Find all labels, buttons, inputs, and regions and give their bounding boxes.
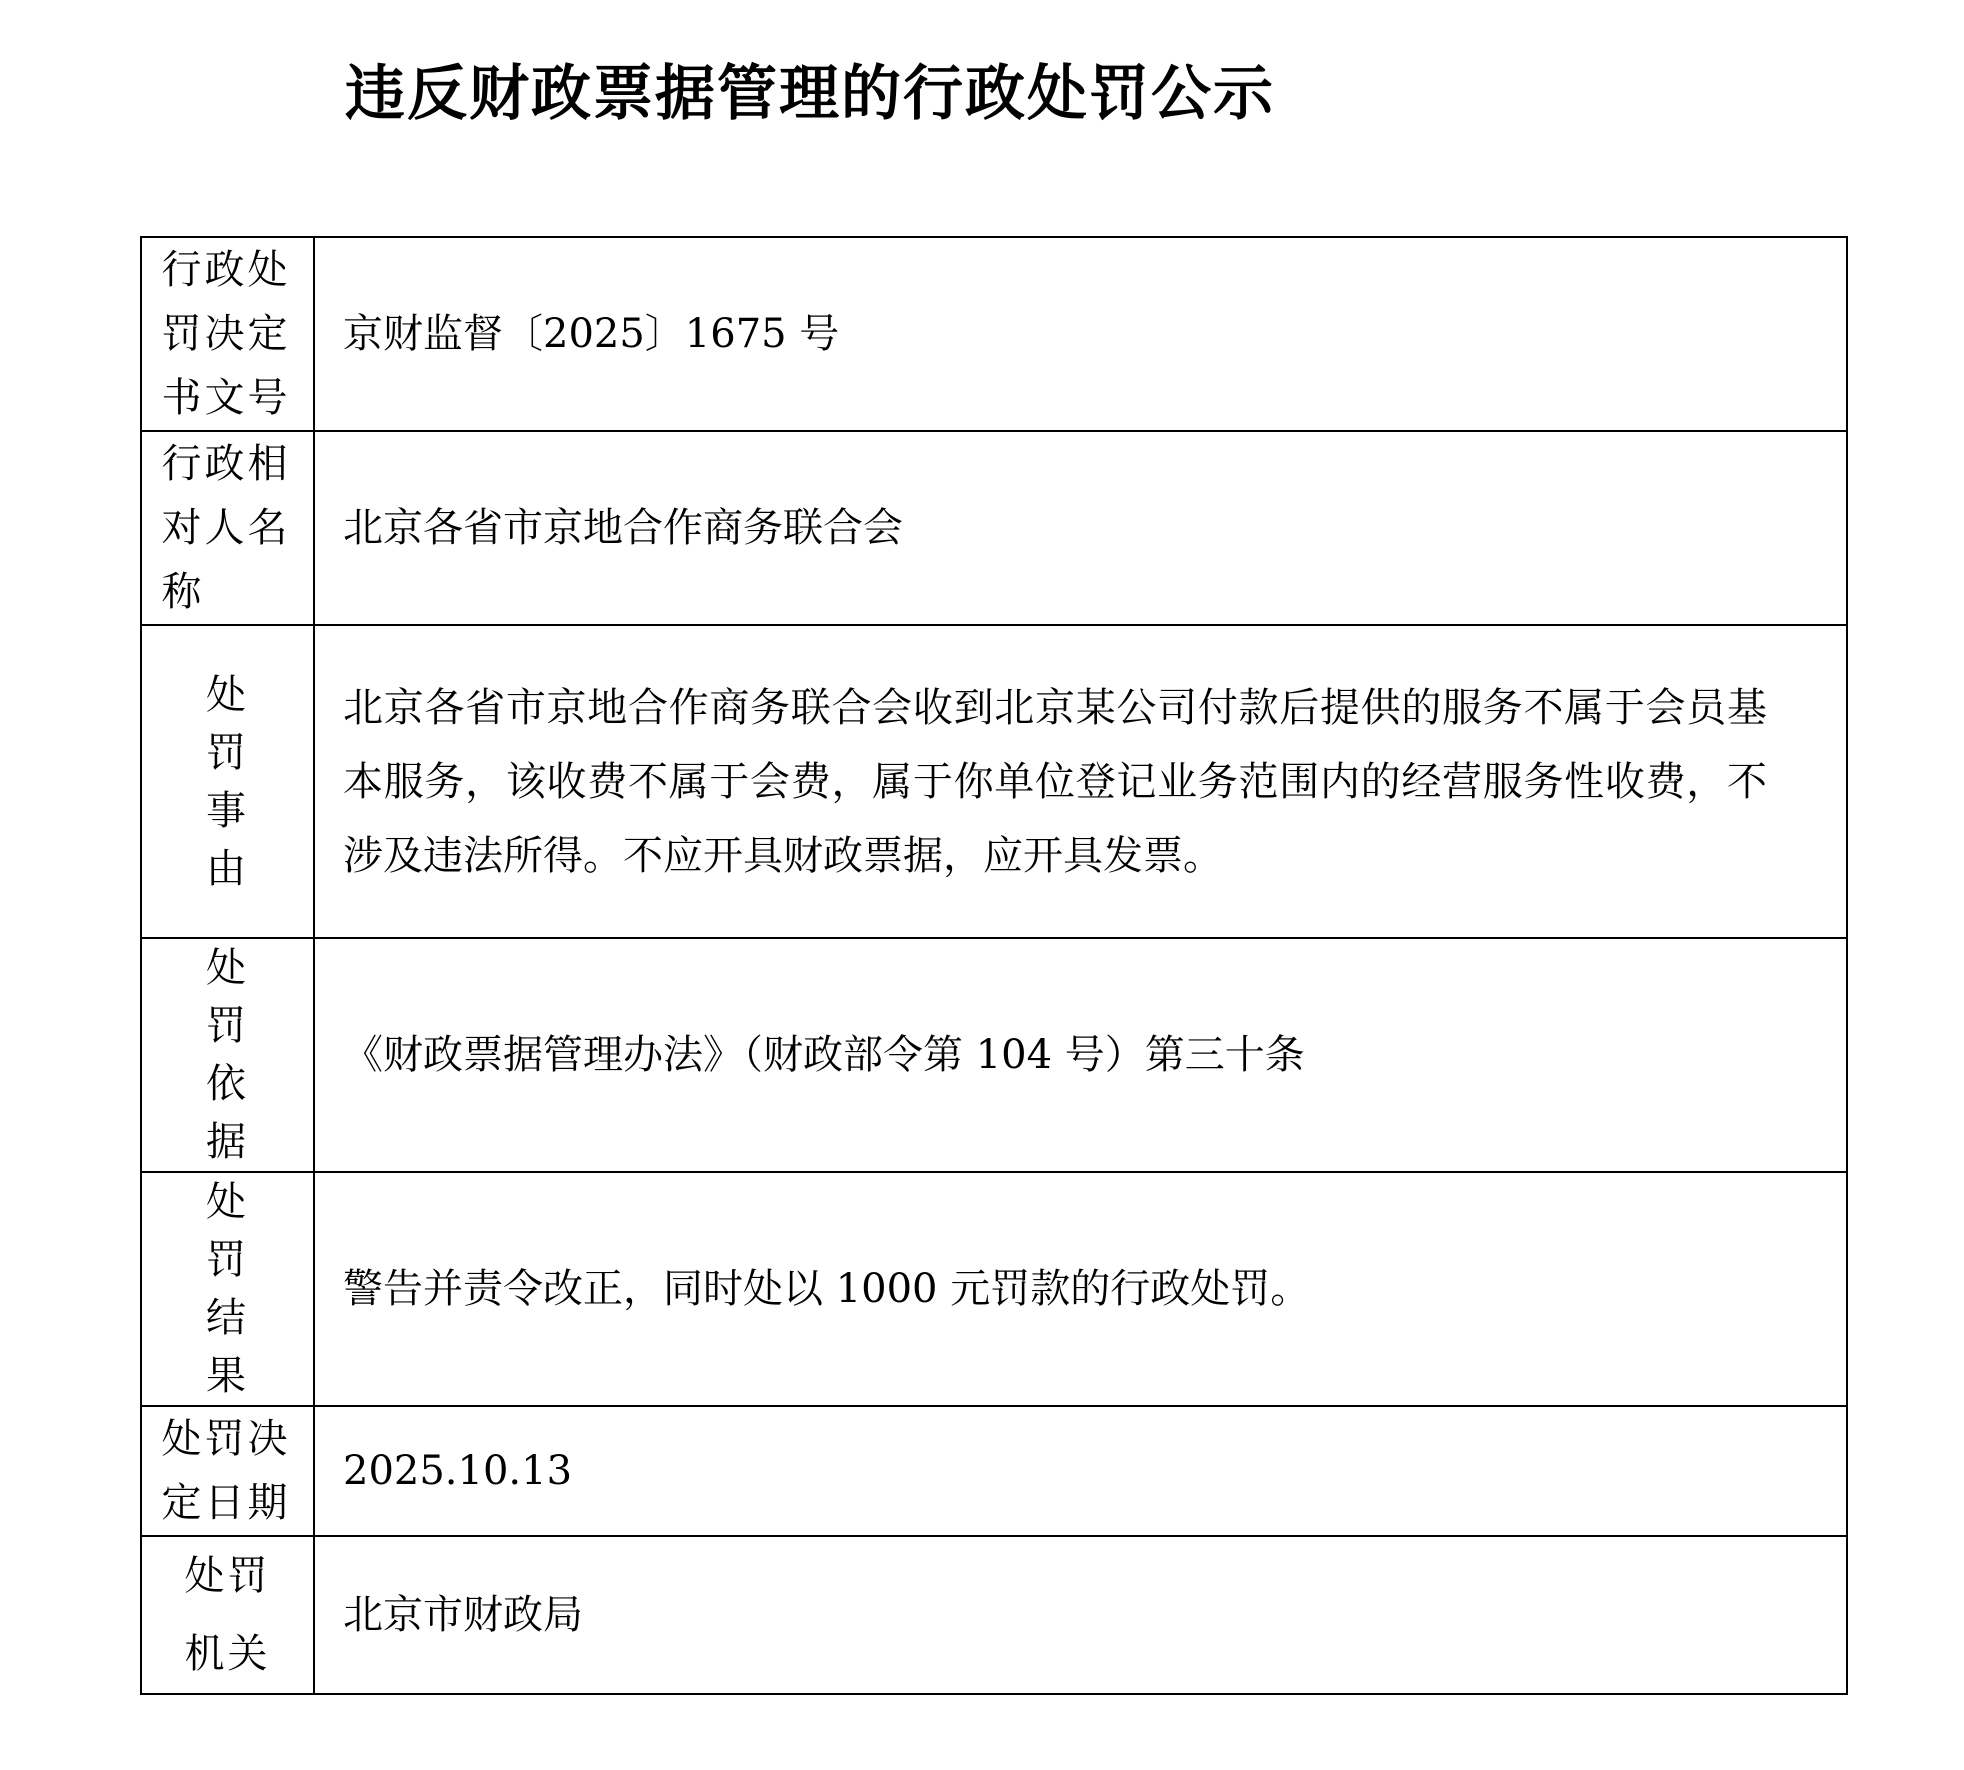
penalty-authority-value-cell: 北京市财政局: [314, 1536, 1847, 1694]
penalty-basis-value-cell: 《财政票据管理办法》（财政部令第 104 号）第三十条: [314, 938, 1847, 1172]
row-label: 处罚决定日期: [162, 1407, 294, 1535]
row-label: 处罚依据: [205, 939, 250, 1171]
row-value: 北京各省市京地合作商务联合会收到北京某公司付款后提供的服务不属于会员基本服务，该…: [343, 671, 1767, 893]
table-row-party-name: 行政相对人名称 北京各省市京地合作商务联合会: [141, 431, 1847, 625]
document-page: 违反财政票据管理的行政处罚公示 行政处罚决定书文号 京财监督〔2025〕1675…: [0, 0, 1964, 1770]
penalty-basis-label-cell: 处罚依据: [141, 938, 314, 1172]
decision-number-value-cell: 京财监督〔2025〕1675 号: [314, 237, 1847, 431]
penalty-result-value-cell: 警告并责令改正，同时处以 1000 元罚款的行政处罚。: [314, 1172, 1847, 1406]
penalty-table: 行政处罚决定书文号 京财监督〔2025〕1675 号 行政相对人名称 北京各省市…: [140, 236, 1848, 1695]
row-label: 行政相对人名称: [162, 432, 294, 624]
table-row-penalty-authority: 处罚机关 北京市财政局: [141, 1536, 1847, 1694]
page-title: 违反财政票据管理的行政处罚公示: [0, 46, 1620, 132]
table-row-decision-number: 行政处罚决定书文号 京财监督〔2025〕1675 号: [141, 237, 1847, 431]
party-name-value-cell: 北京各省市京地合作商务联合会: [314, 431, 1847, 625]
table-row-penalty-reason: 处罚事由 北京各省市京地合作商务联合会收到北京某公司付款后提供的服务不属于会员基…: [141, 625, 1847, 938]
decision-date-label-cell: 处罚决定日期: [141, 1406, 314, 1536]
row-label: 处罚结果: [205, 1173, 250, 1405]
row-label: 处罚事由: [205, 666, 250, 898]
row-label: 处罚机关: [183, 1537, 272, 1693]
row-label: 行政处罚决定书文号: [162, 238, 294, 430]
penalty-authority-label-cell: 处罚机关: [141, 1536, 314, 1694]
row-value: 北京市财政局: [343, 1578, 1806, 1652]
row-value: 2025.10.13: [343, 1434, 1806, 1508]
row-value: 北京各省市京地合作商务联合会: [343, 491, 1806, 565]
penalty-result-label-cell: 处罚结果: [141, 1172, 314, 1406]
table-row-penalty-result: 处罚结果 警告并责令改正，同时处以 1000 元罚款的行政处罚。: [141, 1172, 1847, 1406]
table-row-decision-date: 处罚决定日期 2025.10.13: [141, 1406, 1847, 1536]
penalty-reason-label-cell: 处罚事由: [141, 625, 314, 938]
penalty-reason-value-cell: 北京各省市京地合作商务联合会收到北京某公司付款后提供的服务不属于会员基本服务，该…: [314, 625, 1847, 938]
row-value: 京财监督〔2025〕1675 号: [343, 297, 1806, 371]
table-row-penalty-basis: 处罚依据 《财政票据管理办法》（财政部令第 104 号）第三十条: [141, 938, 1847, 1172]
decision-date-value-cell: 2025.10.13: [314, 1406, 1847, 1536]
row-value: 《财政票据管理办法》（财政部令第 104 号）第三十条: [343, 1018, 1806, 1092]
row-value: 警告并责令改正，同时处以 1000 元罚款的行政处罚。: [343, 1252, 1806, 1326]
party-name-label-cell: 行政相对人名称: [141, 431, 314, 625]
decision-number-label-cell: 行政处罚决定书文号: [141, 237, 314, 431]
